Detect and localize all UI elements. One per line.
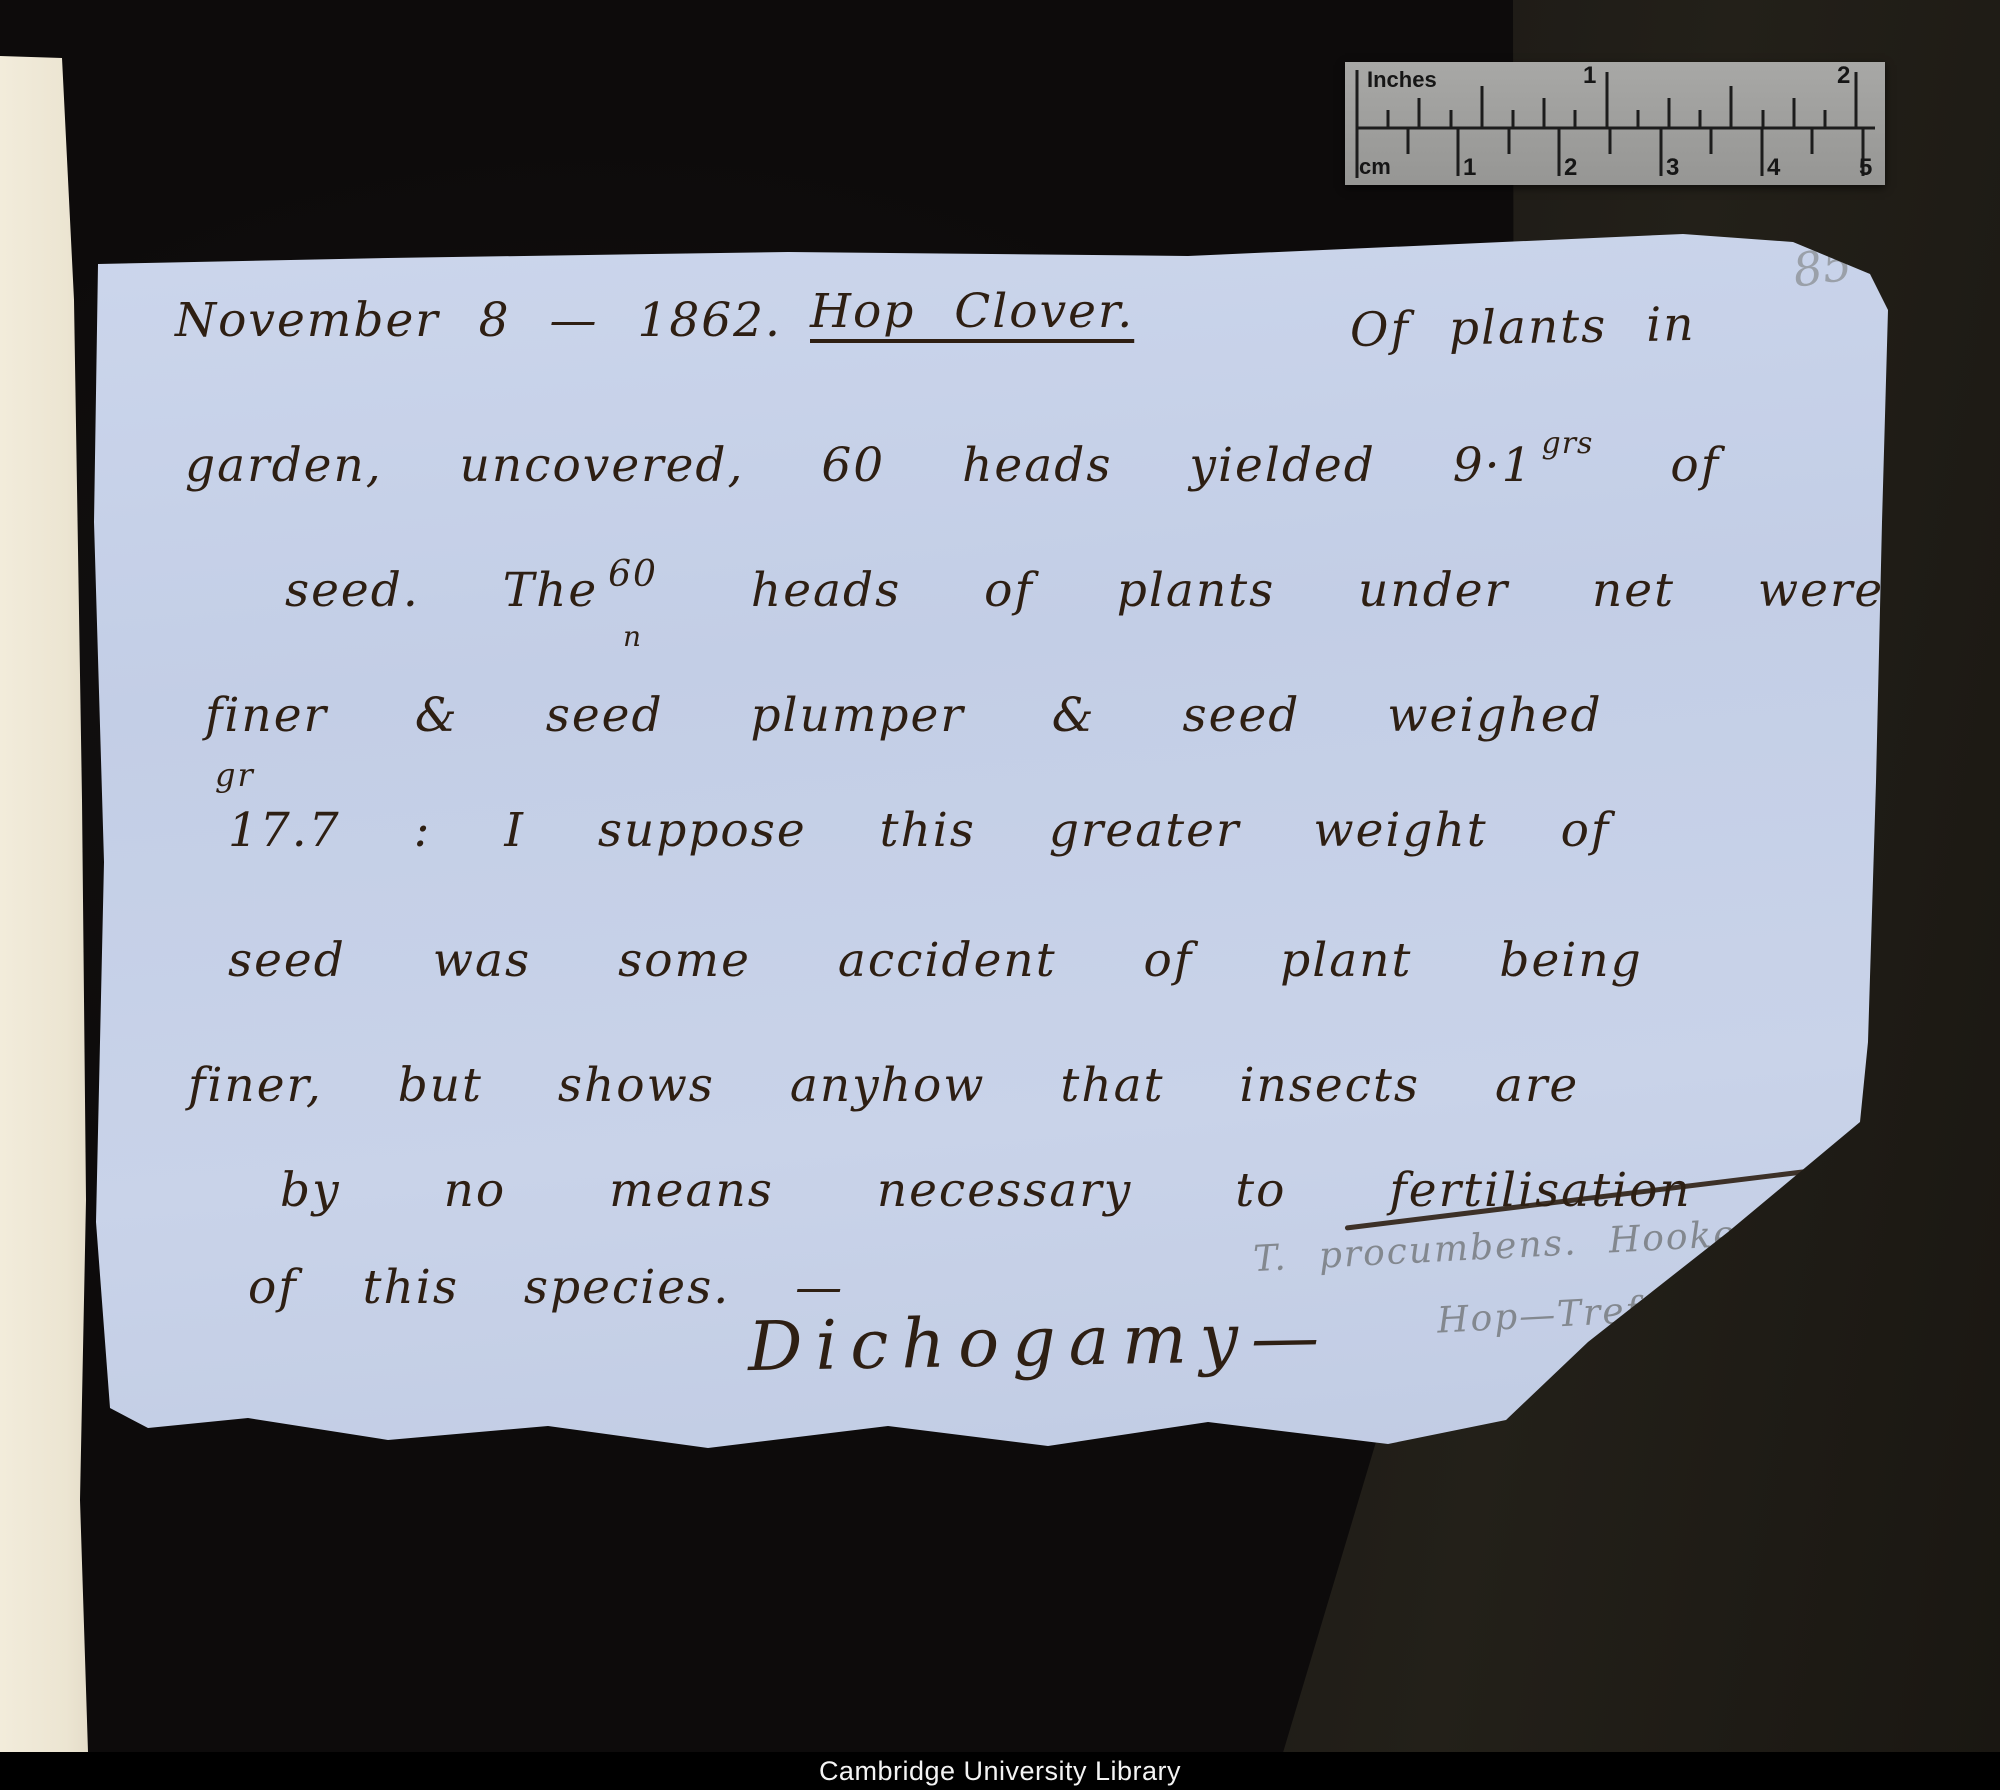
ruler-cm-label: cm: [1359, 156, 1391, 178]
manuscript-closing-word: Dichogamy—: [747, 1301, 1332, 1386]
manuscript-line6: seed was some accident of plant being: [228, 935, 1643, 987]
manuscript-line5: 17.7 : I suppose this greater weight of: [228, 805, 1610, 857]
photograph-stage: Inches 1 2 cm 1 2 3 4 5 85 November 8 — …: [0, 0, 2000, 1790]
line3-caret-mark: n: [623, 629, 643, 644]
line2-tail: of: [1670, 438, 1720, 493]
line2-main: garden, uncovered, 60 heads yielded 9·1: [185, 438, 1534, 493]
manuscript-line7: finer, but shows anyhow that insects are: [188, 1060, 1579, 1112]
line3-insertion: 60n: [608, 591, 658, 626]
ruler-cm-5: 5: [1859, 156, 1872, 180]
ruler-inch-1: 1: [1583, 64, 1596, 88]
manuscript-line2: garden, uncovered, 60 heads yielded 9·1g…: [185, 440, 1720, 492]
library-caption: Cambridge University Library: [819, 1756, 1181, 1787]
ruler-inches-label: Inches: [1367, 69, 1437, 91]
ruler-cm-1: 1: [1463, 156, 1476, 180]
manuscript-date-line: November 8 — 1862.: [175, 295, 782, 347]
manuscript-line4: finer & seed plumper & seed weighed: [205, 690, 1603, 742]
line3-rest: heads of plants under net were: [751, 563, 1884, 618]
line8-start: by no means necessary to: [280, 1163, 1286, 1218]
manuscript-paper: 85 November 8 — 1862. Hop Clover. Of pla…: [88, 222, 1898, 1472]
caption-bar: Cambridge University Library: [0, 1752, 2000, 1790]
manuscript-line1-rest: Of plants in: [1350, 299, 1696, 357]
line5-superscript-gr: gr: [215, 758, 255, 793]
ruler-inch-2: 2: [1837, 64, 1850, 88]
manuscript-line9: of this species. —: [248, 1262, 844, 1314]
manuscript-heading: Hop Clover.: [810, 286, 1134, 338]
ruler-cm-4: 4: [1767, 156, 1780, 180]
manuscript-line3: seed. The60n heads of plants under net w…: [285, 565, 1884, 626]
line3-start: seed. The: [285, 563, 598, 618]
ruler-cm-3: 3: [1666, 156, 1679, 180]
line3-inserted-60: 60: [608, 565, 658, 585]
ruler-cm-2: 2: [1564, 156, 1577, 180]
line2-superscript-grs: grs: [1542, 426, 1594, 461]
ruler-scale: Inches 1 2 cm 1 2 3 4 5: [1345, 62, 1885, 185]
